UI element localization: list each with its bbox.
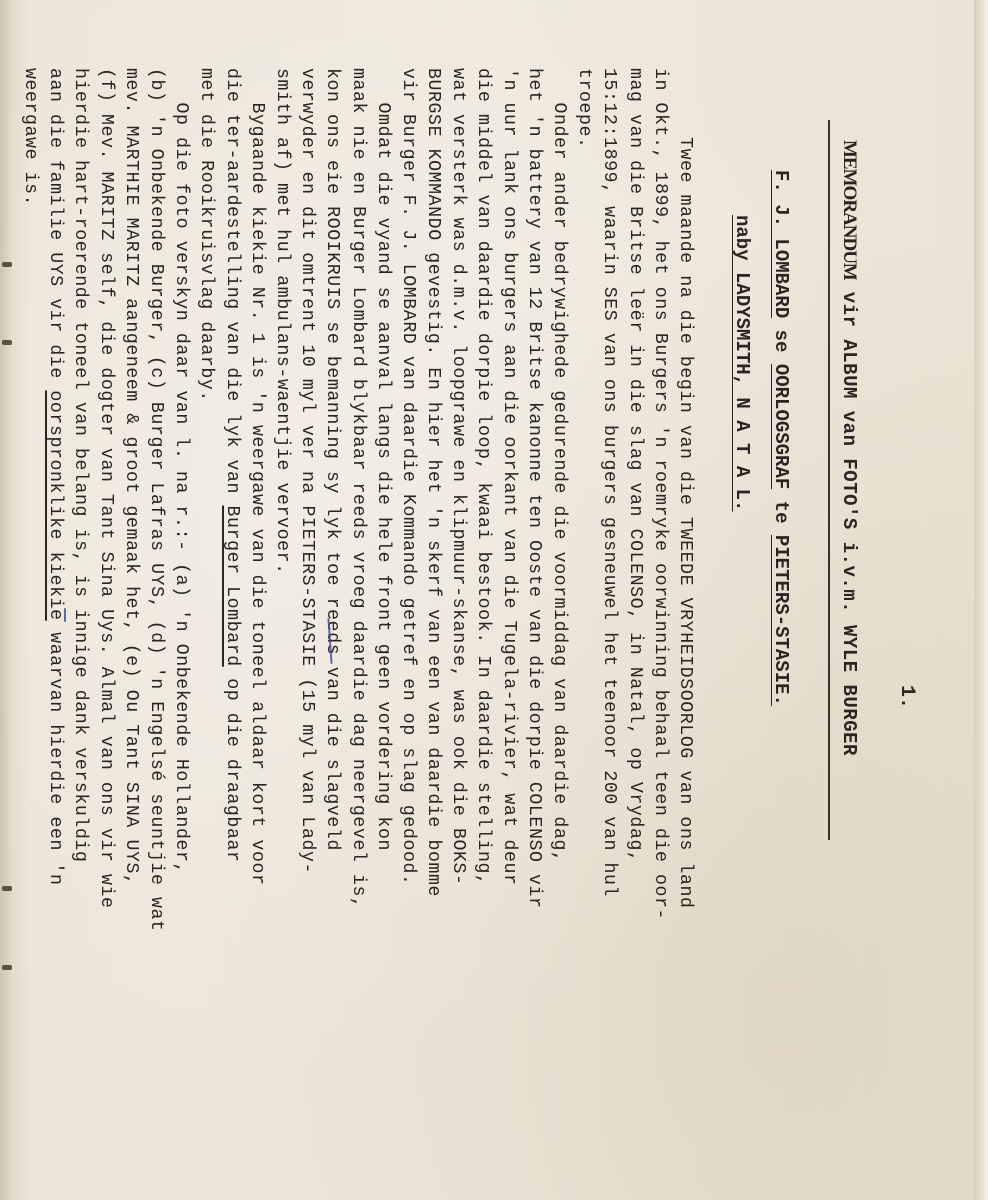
text-line: Bygaande kiekie Nr. 1 is 'n weergawe van… <box>244 68 269 1168</box>
text-line: het 'n battery van 12 Britse kanonne ten… <box>521 68 546 1168</box>
text-line: in Okt., 1899, het ons Burgers 'n roemry… <box>647 68 672 1168</box>
text-line: 'n uur lank ons burgers aan die oorkant … <box>496 68 521 1168</box>
memo-title-word: MEMORANDUM <box>839 140 860 280</box>
scanned-page: 1. MEMORANDUM vir ALBUM van FOTO'S i.v.m… <box>0 0 988 1200</box>
text-line: Op die foto verskyn daar van l. na r.:- … <box>168 68 193 1168</box>
memo-title: MEMORANDUM vir ALBUM van FOTO'S i.v.m. W… <box>838 140 860 756</box>
text-line: maak nie en Burger Lombard blykbaar reed… <box>344 68 369 1168</box>
text-line: met die Rooikruisvlag daarby. <box>193 68 218 1168</box>
text-line: Onder ander bedrywighede gedurende die v… <box>546 68 571 1168</box>
text-segment: die ter-aardestelling van die lyk van <box>222 68 242 506</box>
title-underline <box>828 120 830 840</box>
text-line: mag van die Britse leër in die slag van … <box>621 68 646 1168</box>
subtitle-name: F. J. LOMBARD <box>770 170 792 318</box>
page-number: 1. <box>895 685 918 709</box>
text-segment: waarvan hierdie een 'n <box>45 621 65 886</box>
subtitle-place: PIETERS-STASIE. <box>770 535 792 706</box>
text-line: die ter-aardestelling van die lyk van Bu… <box>218 68 243 1168</box>
memo-title-rest: vir ALBUM van FOTO'S i.v.m. WYLE BURGER <box>838 280 860 756</box>
subtitle-text: te <box>770 489 792 535</box>
text-line: 15:12:1899, waarin SES van ons burgers g… <box>596 68 621 1168</box>
text-line: (f) Mev. MARITZ self, die dogter van Tan… <box>93 68 118 1168</box>
subtitle-grave: OORLOGSGRAF <box>770 364 792 489</box>
subtitle-text: se <box>770 318 792 364</box>
underlined-phrase: oorspronklike kiekie <box>45 390 65 620</box>
text-line: vir Burger F. J. LOMBARD van daardie Kom… <box>395 68 420 1168</box>
text-line: (b) 'n Onbekende Burger, (c) Burger Lafr… <box>143 68 168 1168</box>
text-line: die middel van daardie dorpie loop, kwaa… <box>470 68 495 1168</box>
text-segment: op die draagbaar <box>222 667 242 863</box>
text-line: mev. MARTHIE MARITZ aangeneem & groot ge… <box>118 68 143 1168</box>
text-line: smith af) met hul ambulans-waentjie verv… <box>269 68 294 1168</box>
text-line: Omdat die vyand se aanval langs die hele… <box>370 68 395 1168</box>
text-line: BURGSE KOMMANDO gevestig. En hier het 'n… <box>420 68 445 1168</box>
text-segment: aan die familie UYS vir die <box>45 68 65 390</box>
text-line: weergawe is. <box>17 68 42 1168</box>
typed-memorandum: 1. MEMORANDUM vir ALBUM van FOTO'S i.v.m… <box>0 0 988 1200</box>
text-line: wat versterk was d.m.v. loopgrawe en kli… <box>445 68 470 1168</box>
underlined-name: Burger Lombard <box>222 506 242 667</box>
text-line: Twee maande na die begin van die TWEEDE … <box>672 68 697 1168</box>
text-line: troepe. <box>571 68 596 1168</box>
text-line: kon ons eie ROOIKRUIS se bemanning sy ly… <box>319 68 344 1168</box>
memo-subtitle: F. J. LOMBARD se OORLOGSGRAF te PIETERS-… <box>770 170 792 706</box>
text-line: verwyder en dit omtrent 10 myl ver na PI… <box>294 68 319 1168</box>
pen-mark <box>64 608 66 622</box>
text-line: hierdie hart-roerende toneel van belang … <box>67 68 92 1168</box>
memo-body: Twee maande na die begin van die TWEEDE … <box>17 68 697 1168</box>
memo-location: naby LADYSMITH, N A T A L. <box>731 215 753 511</box>
